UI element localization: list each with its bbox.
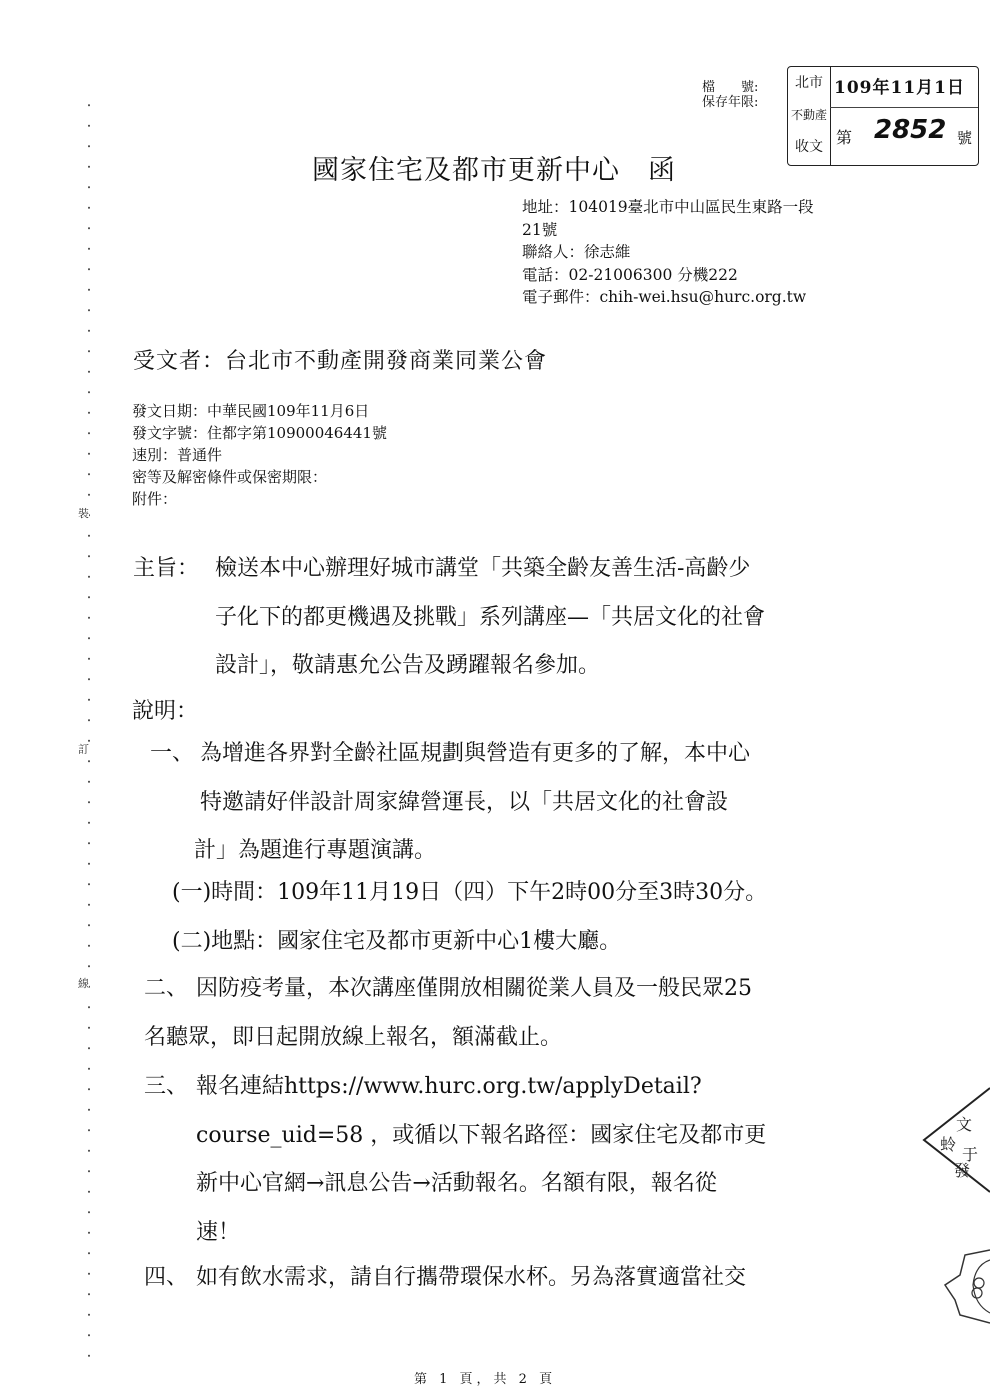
address-line: 地址：104019臺北市中山區民生東路一段 — [522, 196, 814, 219]
stamp-org-line: 不動產 — [788, 99, 830, 131]
item-line: course_uid=58 ，或循以下報名路徑：國家住宅及都市更 — [196, 1112, 766, 1161]
item-number: 二、 — [144, 965, 188, 1014]
partial-seal-icon: 文 蛉 于 發 — [910, 1080, 990, 1200]
binding-mark-zhuang: 裝 — [78, 507, 89, 521]
partial-round-seal-icon — [935, 1245, 990, 1325]
confidentiality: 密等及解密條件或保密期限： — [132, 466, 387, 488]
stamp-org-column: 北市 不動產 收文 — [788, 67, 831, 165]
subject-label: 主旨： — [133, 545, 199, 594]
page-indicator: 第 1 頁，共 2 頁 — [414, 1368, 556, 1387]
stamp-date: 109年11月1日 — [834, 73, 965, 98]
item-number: 三、 — [144, 1063, 188, 1112]
address-line: 21號 — [522, 219, 814, 242]
recipient: 受文者：台北市不動產開發商業同業公會 — [133, 344, 547, 375]
svg-text:文: 文 — [956, 1115, 972, 1134]
stamp-handwritten-number: 2852 — [874, 115, 946, 145]
subject-line: 檢送本中心辦理好城市講堂「共築全齡友善生活-高齡少 — [215, 545, 895, 594]
phone: 電話：02-21006300 分機222 — [522, 264, 814, 287]
svg-text:蛉: 蛉 — [940, 1135, 956, 1154]
document-number: 發文字號：住都字第10900046441號 — [132, 422, 387, 444]
contact-block: 地址：104019臺北市中山區民生東路一段 21號 聯絡人：徐志維 電話：02-… — [522, 196, 814, 309]
item-line: 速！ — [196, 1209, 766, 1258]
registration-link[interactable]: 報名連結https://www.hurc.org.tw/applyDetail? — [196, 1063, 766, 1112]
issue-date: 發文日期：中華民國109年11月6日 — [132, 400, 387, 422]
item-body: 報名連結https://www.hurc.org.tw/applyDetail?… — [196, 1063, 766, 1257]
item-line: 特邀請好伴設計周家緯營運長，以「共居文化的社會設 — [200, 779, 750, 828]
item-line: 因防疫考量，本次講座僅開放相關從業人員及一般民眾25 — [196, 965, 752, 1014]
receipt-stamp: 北市 不動產 收文 109年11月1日 第 2852 號 — [787, 66, 979, 166]
document-title: 國家住宅及都市更新中心 函 — [312, 148, 676, 187]
stamp-number-prefix: 第 — [836, 125, 852, 148]
binding-mark-ding: 訂 — [78, 743, 89, 757]
subject-text: 檢送本中心辦理好城市講堂「共築全齡友善生活-高齡少 子化下的都更機遇及挑戰」系列… — [215, 545, 895, 691]
archive-labels: 檔 號: 保存年限: — [702, 80, 758, 110]
item-line: 新中心官網→訊息公告→活動報名。名額有限，報名從 — [196, 1160, 766, 1209]
item-line: 如有飲水需求，請自行攜帶環保水杯。另為落實適當社交 — [196, 1254, 746, 1303]
binding-dotted-line — [86, 95, 92, 1365]
subject-line: 設計」，敬請惠允公告及踴躍報名參加。 — [215, 642, 895, 691]
item-number: 四、 — [144, 1254, 188, 1303]
retention-period-label: 保存年限: — [702, 95, 758, 110]
urgency: 速別：普通件 — [132, 444, 387, 466]
file-number-label: 檔 號: — [702, 80, 758, 95]
subitem-location: (二)地點：國家住宅及都市更新中心1樓大廳。 — [172, 918, 621, 967]
document-meta: 發文日期：中華民國109年11月6日 發文字號：住都字第10900046441號… — [132, 400, 387, 510]
email: 電子郵件：chih-wei.hsu@hurc.org.tw — [522, 286, 814, 309]
stamp-org-line: 收文 — [788, 131, 830, 163]
item-line: 名聽眾，即日起開放線上報名，額滿截止。 — [144, 1014, 562, 1063]
stamp-number-suffix: 號 — [957, 127, 972, 148]
subject-line: 子化下的都更機遇及挑戰」系列講座—「共居文化的社會 — [215, 594, 895, 643]
svg-text:發: 發 — [954, 1161, 970, 1180]
stamp-divider — [830, 107, 978, 108]
contact-person: 聯絡人：徐志維 — [522, 241, 814, 264]
item-body: 為增進各界對全齡社區規劃與營造有更多的了解，本中心 特邀請好伴設計周家緯營運長，… — [200, 730, 750, 876]
item-number: 一、 — [150, 730, 194, 779]
binding-mark-xian: 線 — [78, 977, 89, 991]
stamp-org-line: 北市 — [788, 67, 830, 99]
attachments: 附件： — [132, 488, 387, 510]
item-line: 為增進各界對全齡社區規劃與營造有更多的了解，本中心 — [200, 730, 750, 779]
subitem-time: (一)時間：109年11月19日（四）下午2時00分至3時30分。 — [172, 869, 767, 918]
